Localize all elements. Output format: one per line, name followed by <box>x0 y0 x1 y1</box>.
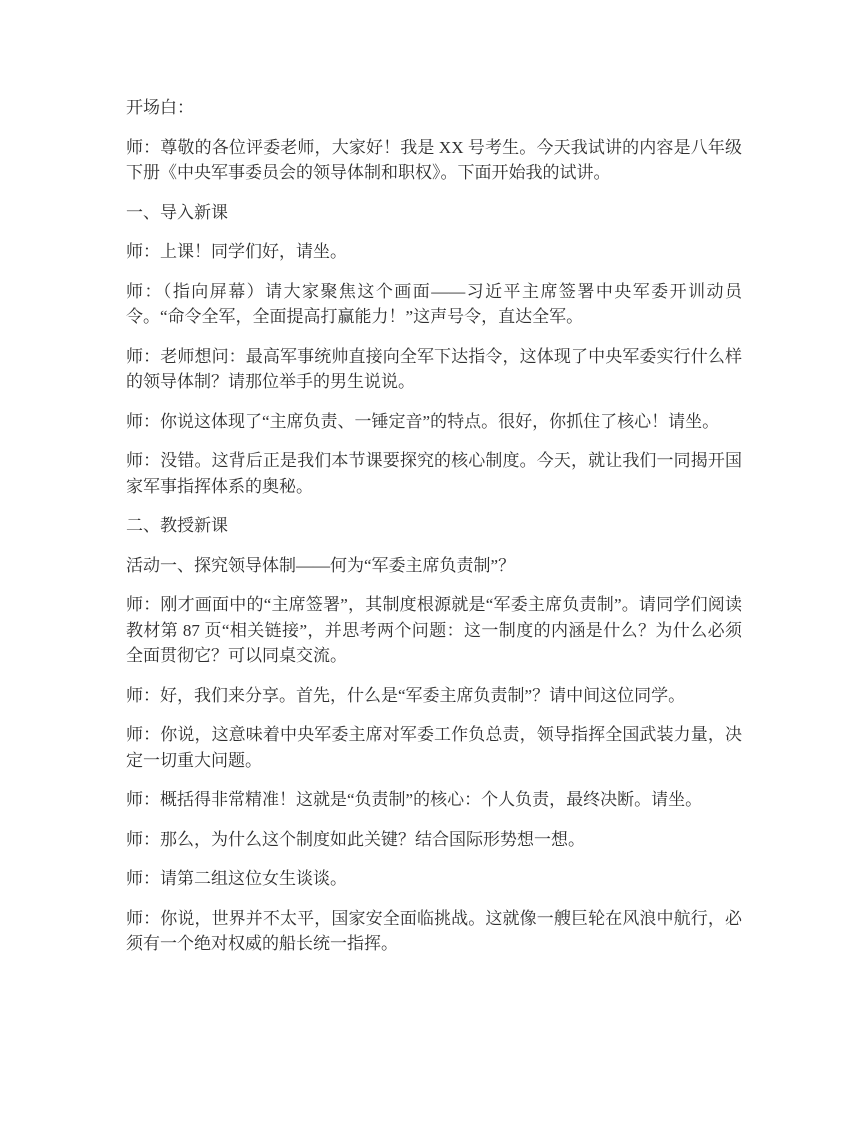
line-feedback-precise: 师：概括得非常精准！这就是“负责制”的核心：个人负责，最终决断。请坐。 <box>126 787 742 813</box>
line-teacher-question-leadership: 师：老师想问：最高军事统帅直接向全军下达指令，这体现了中央军委实行什么样的领导体… <box>126 344 742 395</box>
line-share-question: 师：好，我们来分享。首先，什么是“军委主席负责制”？请中间这位同学。 <box>126 683 742 709</box>
heading-section-2-teaching: 二、教授新课 <box>126 513 742 539</box>
line-student-feedback-core: 师：你说这体现了“主席负责、一锤定音”的特点。很好，你抓住了核心！请坐。 <box>126 409 742 435</box>
heading-section-1-lead-in: 一、导入新课 <box>126 200 742 226</box>
line-self-introduction: 师：尊敬的各位评委老师，大家好！我是 XX 号考生。今天我试讲的内容是八年级下册… <box>126 135 742 186</box>
heading-activity-1: 活动一、探究领导体制——何为“军委主席负责制”？ <box>126 553 742 579</box>
line-student-answer-ship-analogy: 师：你说，世界并不太平，国家安全面临挑战。这就像一艘巨轮在风浪中航行，必须有一个… <box>126 906 742 957</box>
line-invite-student: 师：请第二组这位女生谈谈。 <box>126 866 742 892</box>
line-activity-1-task: 师：刚才画面中的“主席签署”，其制度根源就是“军委主席负责制”。请同学们阅读教材… <box>126 592 742 669</box>
line-core-institution-intro: 师：没错。这背后正是我们本节课要探究的核心制度。今天，就让我们一同揭开国家军事指… <box>126 448 742 499</box>
heading-opening: 开场白： <box>126 95 742 121</box>
line-screen-pointing: 师：（指向屏幕）请大家聚焦这个画面——习近平主席签署中央军委开训动员令。“命令全… <box>126 279 742 330</box>
document-page: 开场白： 师：尊敬的各位评委老师，大家好！我是 XX 号考生。今天我试讲的内容是… <box>0 0 866 1122</box>
line-class-start: 师：上课！同学们好，请坐。 <box>126 239 742 265</box>
line-student-answer-definition: 师：你说，这意味着中央军委主席对军委工作负总责，领导指挥全国武装力量，决定一切重… <box>126 722 742 773</box>
line-why-question: 师：那么，为什么这个制度如此关键？结合国际形势想一想。 <box>126 827 742 853</box>
